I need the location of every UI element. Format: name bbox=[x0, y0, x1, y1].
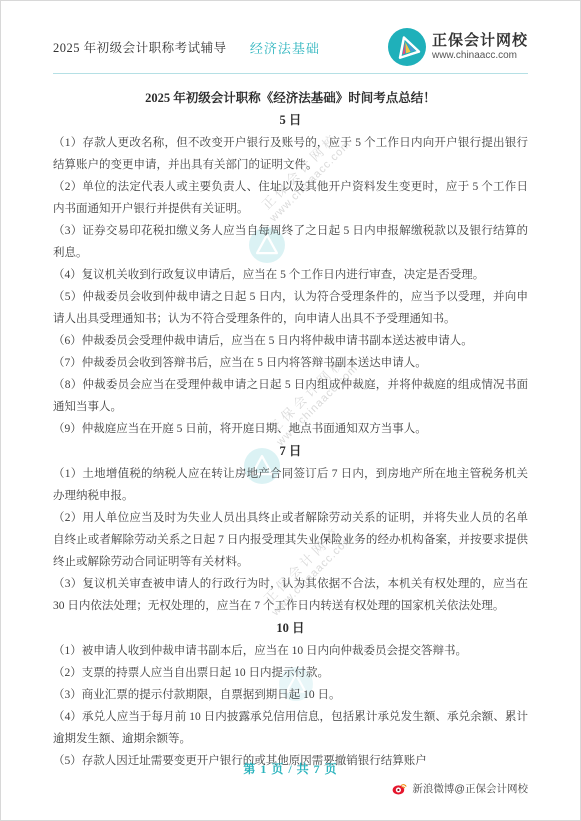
list-item: （9）仲裁庭应当在开庭 5 日前，将开庭日期、地点书面通知双方当事人。 bbox=[53, 418, 528, 440]
list-item: （1）被申请人收到仲裁申请书副本后，应当在 10 日内向仲裁委员会提交答辩书。 bbox=[53, 640, 528, 662]
header-subject-label: 经济法基础 bbox=[250, 38, 320, 57]
list-item: （4）承兑人应当于每月前 10 日内披露承兑信用信息，包括累计承兑发生额、承兑余… bbox=[53, 706, 528, 750]
document-body: 2025 年初级会计职称《经济法基础》时间考点总结！ 5 日 （1）存款人更改名… bbox=[53, 81, 528, 772]
document-title: 2025 年初级会计职称《经济法基础》时间考点总结！ bbox=[53, 87, 528, 109]
document-page: 正保会计网校 www.chinaacc.com 正保会计网校 www.china… bbox=[0, 0, 581, 821]
list-item: （4）复议机关收到行政复议申请后，应当在 5 个工作日内进行审查，决定是否受理。 bbox=[53, 264, 528, 286]
weibo-label: 新浪微博@正保会计网校 bbox=[412, 781, 528, 796]
section-heading-7day: 7 日 bbox=[53, 440, 528, 463]
brand-block: 正保会计网校 www.chinaacc.com bbox=[388, 28, 528, 66]
section-heading-5day: 5 日 bbox=[53, 109, 528, 132]
list-item: （1）土地增值税的纳税人应在转让房地产合同签订后 7 日内，到房地产所在地主管税… bbox=[53, 463, 528, 507]
list-item: （8）仲裁委员会应当在受理仲裁申请之日起 5 日内组成仲裁庭，并将仲裁庭的组成情… bbox=[53, 374, 528, 418]
header-course-label: 2025 年初级会计职称考试辅导 bbox=[53, 38, 227, 56]
list-item: （3）商业汇票的提示付款期限，自票据到期日起 10 日。 bbox=[53, 684, 528, 706]
list-item: （2）支票的持票人应当自出票日起 10 日内提示付款。 bbox=[53, 662, 528, 684]
list-item: （1）存款人更改名称，但不改变开户银行及账号的，应于 5 个工作日内向开户银行提… bbox=[53, 132, 528, 176]
list-item: （5）仲裁委员会收到仲裁申请之日起 5 日内，认为符合受理条件的，应当予以受理，… bbox=[53, 286, 528, 330]
section-heading-10day: 10 日 bbox=[53, 617, 528, 640]
weibo-icon bbox=[392, 782, 407, 795]
list-item: （6）仲裁委员会受理仲裁申请后，应当在 5 日内将仲裁申请书副本送达被申请人。 bbox=[53, 330, 528, 352]
list-item: （2）用人单位应当及时为失业人员出具终止或者解除劳动关系的证明，并将失业人员的名… bbox=[53, 507, 528, 573]
page-header: 2025 年初级会计职称考试辅导 经济法基础 正保会计网校 www.chinaa… bbox=[53, 25, 528, 69]
page-footer: 第 1 页 / 共 7 页 新浪微博@正保会计网校 bbox=[53, 758, 528, 796]
brand-site-url: www.chinaacc.com bbox=[432, 50, 528, 61]
brand-text: 正保会计网校 www.chinaacc.com bbox=[432, 33, 528, 61]
list-item: （2）单位的法定代表人或主要负责人、住址以及其他开户资料发生变更时，应于 5 个… bbox=[53, 176, 528, 220]
list-item: （3）证券交易印花税扣缴义务人应当自每周终了之日起 5 日内申报解缴税款以及银行… bbox=[53, 220, 528, 264]
weibo-row: 新浪微博@正保会计网校 bbox=[53, 781, 528, 796]
list-item: （3）复议机关审查被申请人的行政行为时，认为其依据不合法，本机关有权处理的，应当… bbox=[53, 573, 528, 617]
brand-logo-icon bbox=[388, 28, 426, 66]
brand-name: 正保会计网校 bbox=[432, 33, 528, 50]
page-indicator: 第 1 页 / 共 7 页 bbox=[53, 758, 528, 780]
list-item: （7）仲裁委员会收到答辩书后，应当在 5 日内将答辩书副本送达申请人。 bbox=[53, 352, 528, 374]
header-divider bbox=[53, 73, 528, 74]
